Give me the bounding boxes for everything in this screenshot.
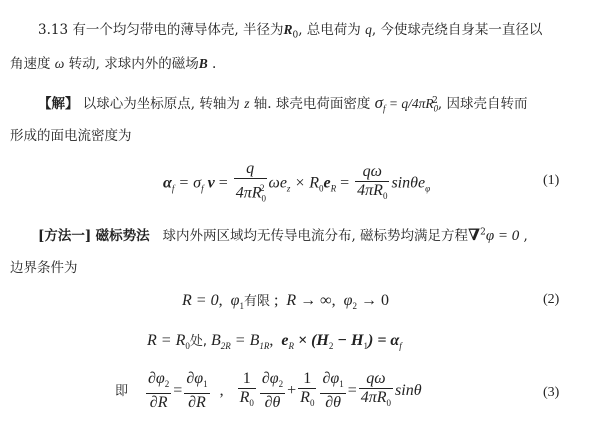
method1-label: [方法一] xyxy=(38,228,91,244)
solution-label: 【解】 xyxy=(38,96,79,112)
problem-line-2: 角速度 ω 转动, 求球内外的磁场B . xyxy=(10,52,216,72)
problem-number: 3.13 xyxy=(38,22,68,38)
equation-2b: R = R0处, B2R = B1R, eR × (H2 − H1) = αf xyxy=(147,330,402,351)
equation-2: R = 0, φ1有限 ; R → ∞, φ2 → 0 xyxy=(182,290,389,311)
fraction: q 4πR02 xyxy=(234,160,267,208)
method1-line-2: 边界条件为 xyxy=(10,256,78,276)
equation-number-3: (3) xyxy=(543,385,559,401)
fraction: qω 4πR0 xyxy=(355,163,389,205)
solution-line-1: 【解】 以球心为坐标原点, 转轴为 z 轴. 球壳电荷面密度 σf = q/4π… xyxy=(38,92,527,114)
equation-1: αf = σf v = q 4πR02 ωez × R0eR = qω 4πR0… xyxy=(163,160,430,208)
equation-number-1: (1) xyxy=(543,173,559,189)
equation-number-2: (2) xyxy=(543,292,559,308)
method1-line-1: [方法一] 磁标势法 球内外两区域均无传导电流分布, 磁标势均满足方程∇2φ =… xyxy=(38,224,528,245)
solution-line-2: 形成的面电流密度为 xyxy=(10,124,132,144)
equation-3: 即 ∂φ2∂R=∂φ1∂R , 1R0∂φ2∂θ+1R0∂φ1∂θ=qω4πR0… xyxy=(115,370,422,412)
problem-line-1: 3.13 有一个均匀带电的薄导体壳, 半径为R0, 总电荷为 q, 今使球壳绕自… xyxy=(38,18,542,41)
